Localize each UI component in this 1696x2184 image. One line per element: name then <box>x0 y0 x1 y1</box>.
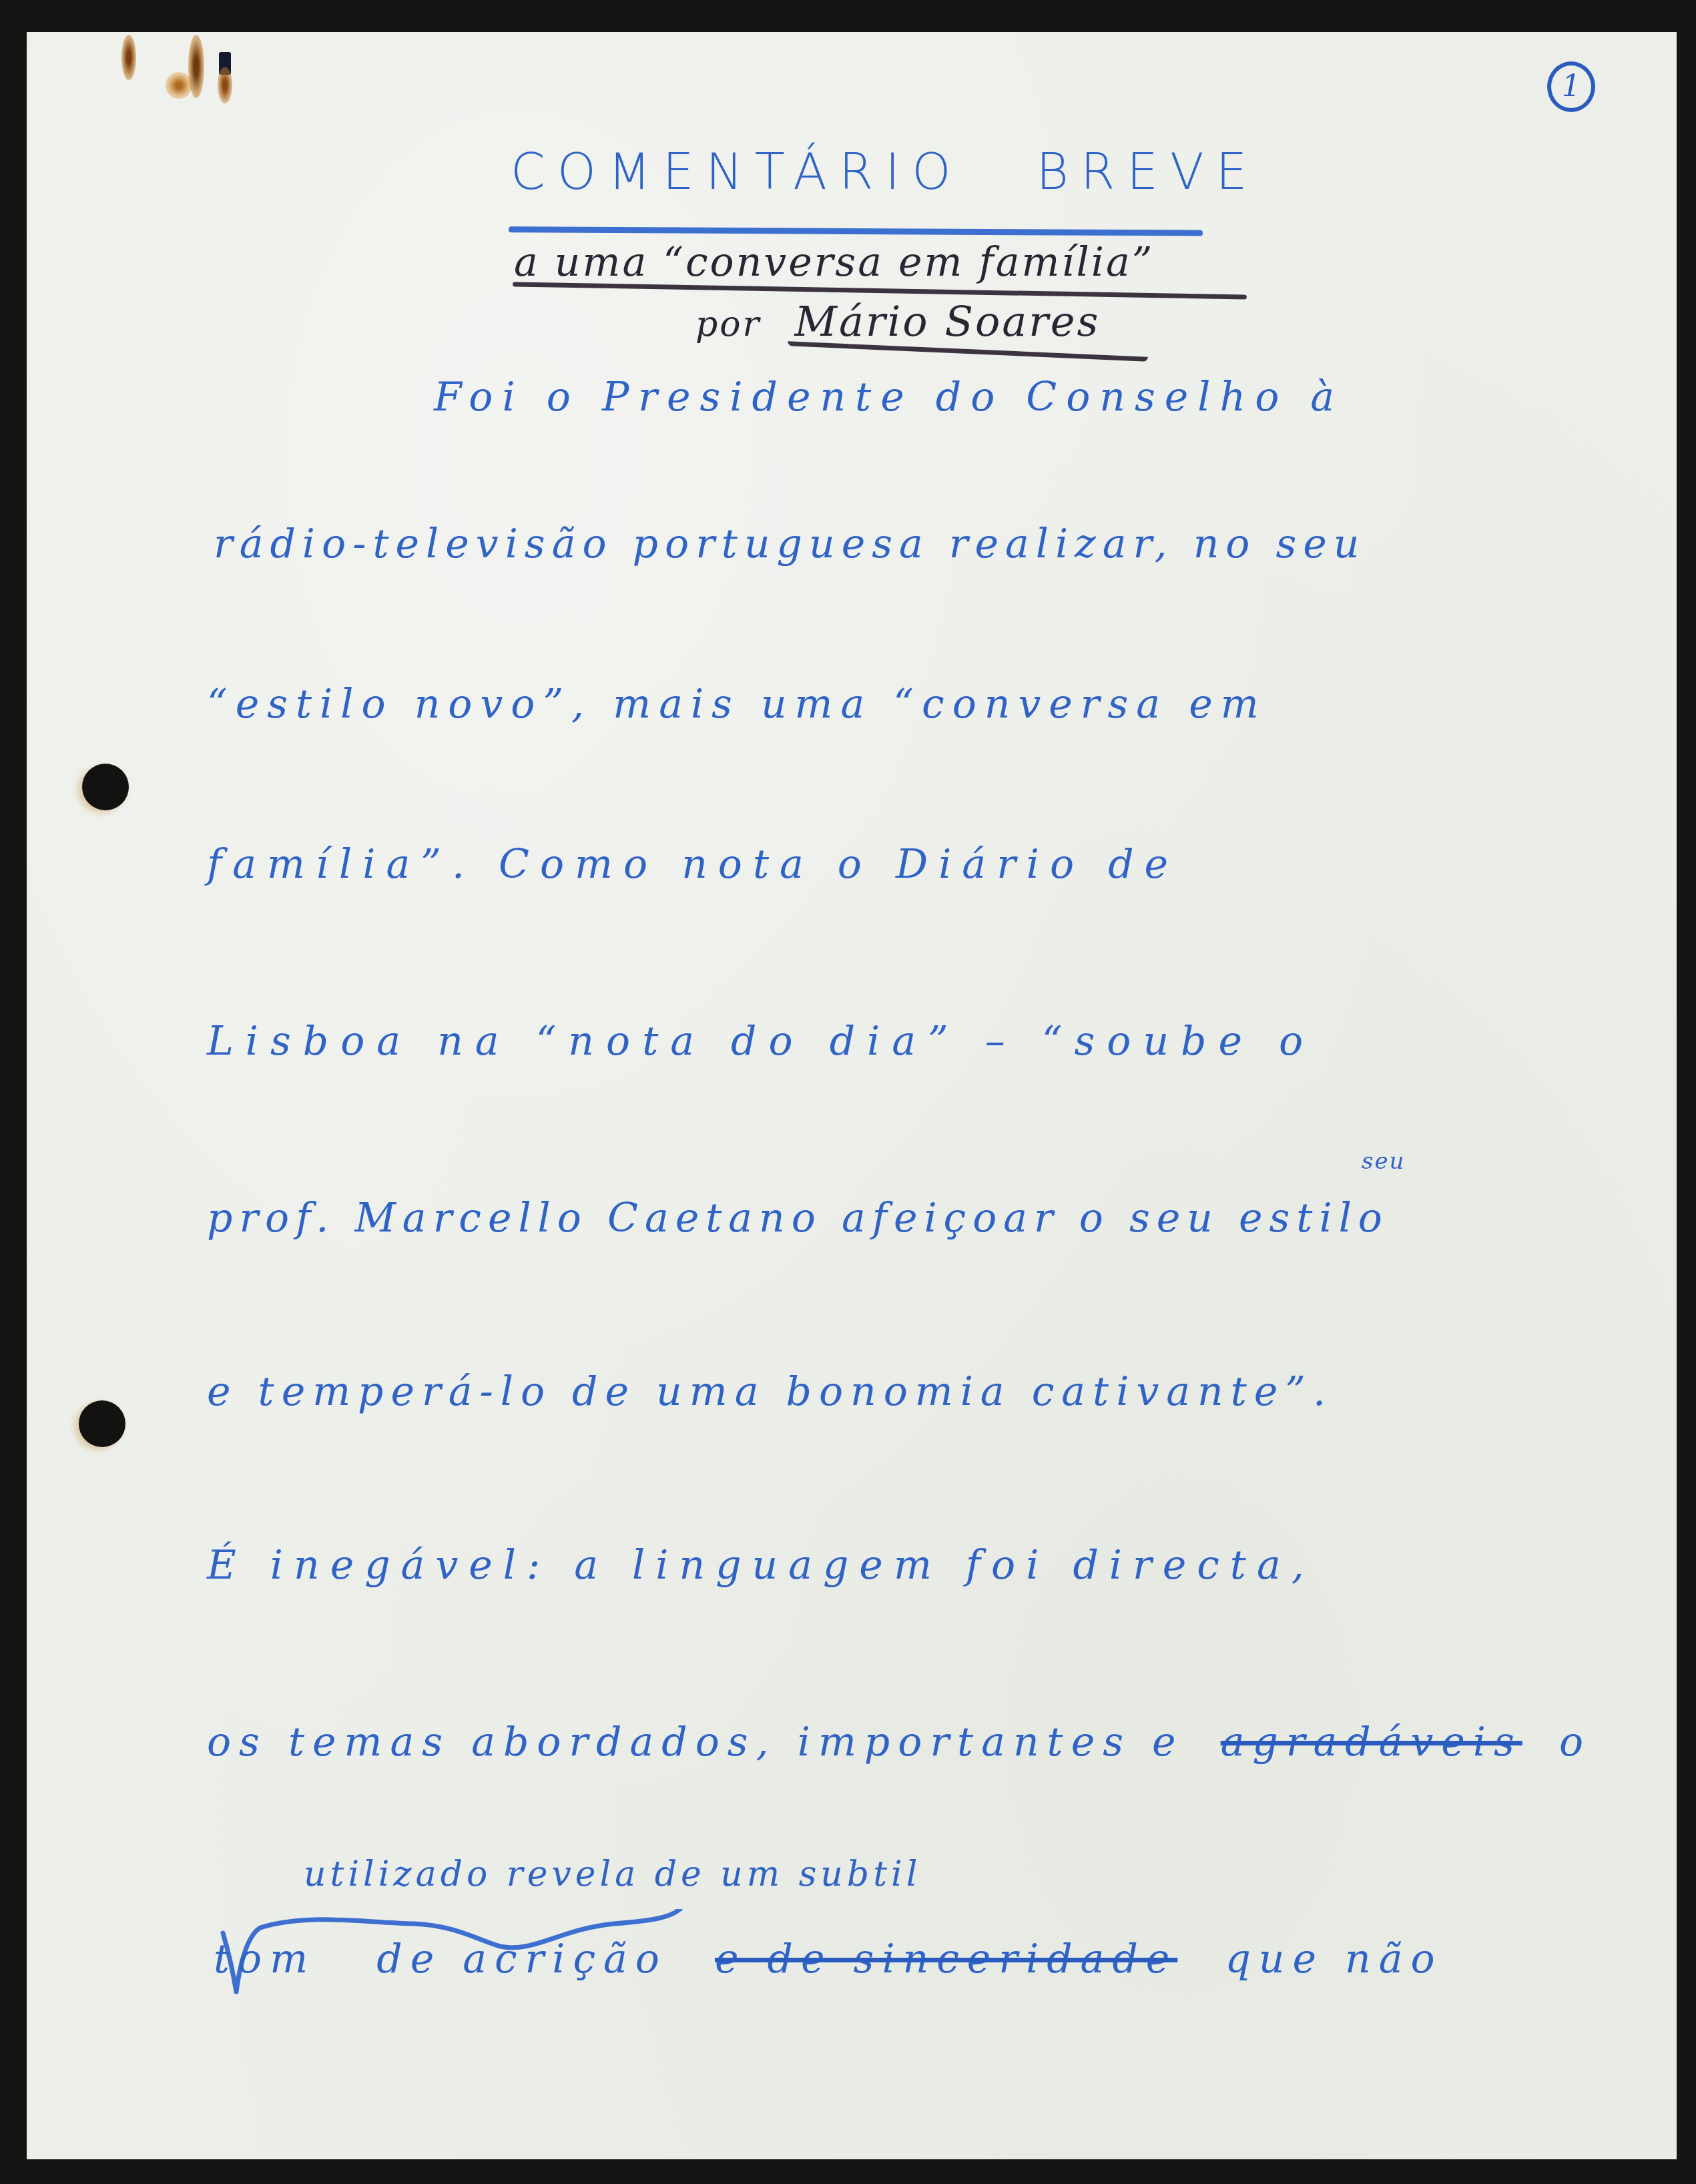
manuscript-line: tom de acrição e de sinceridade que não <box>214 1936 1443 1982</box>
page-number: 1 <box>1547 61 1595 112</box>
rust-stain <box>121 35 136 80</box>
byline-author: Mário Soares <box>794 297 1100 346</box>
line-tail: que não <box>1225 1936 1442 1982</box>
manuscript-line: prof. Marcello Caetano afeiçoar o seu es… <box>207 1195 1389 1242</box>
line-text: de acrição <box>376 1936 667 1982</box>
struck-word: agradáveis <box>1221 1719 1522 1765</box>
manuscript-page <box>27 32 1677 2159</box>
manuscript-line: família”. Como nota o Diário de <box>207 841 1179 888</box>
rust-stain <box>218 67 232 103</box>
manuscript-line: “estilo novo”, mais uma “conversa em <box>207 681 1267 728</box>
punch-hole <box>79 1400 125 1447</box>
manuscript-line: rádio-televisão portuguesa realizar, no … <box>214 521 1366 567</box>
line-tail: o <box>1559 1719 1591 1765</box>
manuscript-line: É inegável: a linguagem foi directa, <box>207 1542 1315 1589</box>
title-word: BREVE <box>1036 144 1259 201</box>
document-title: COMENTÁRIOBREVE <box>511 144 1259 201</box>
title-word: COMENTÁRIO <box>511 144 962 201</box>
line-text: os temas abordados, importantes e <box>207 1719 1184 1765</box>
line-head: tom <box>214 1936 316 1982</box>
punch-hole <box>82 764 129 810</box>
byline: porMário Soares <box>695 297 1100 346</box>
manuscript-line: e temperá-lo de uma bonomia cativante”. <box>207 1368 1333 1415</box>
insertion-above-line: utilizado revela de um subtil <box>304 1854 921 1894</box>
manuscript-line: Foi o Presidente do Conselho à <box>434 374 1344 421</box>
manuscript-line: Lisboa na “nota do dia” – “soube o <box>207 1018 1315 1065</box>
document-subtitle: a uma “conversa em família” <box>514 239 1154 286</box>
insertion-above-line: seu <box>1362 1148 1405 1175</box>
manuscript-line: os temas abordados, importantes e agradá… <box>207 1719 1591 1765</box>
rust-stain <box>188 35 204 98</box>
byline-prefix: por <box>695 304 761 344</box>
struck-word: e de sinceridade <box>715 1936 1177 1982</box>
